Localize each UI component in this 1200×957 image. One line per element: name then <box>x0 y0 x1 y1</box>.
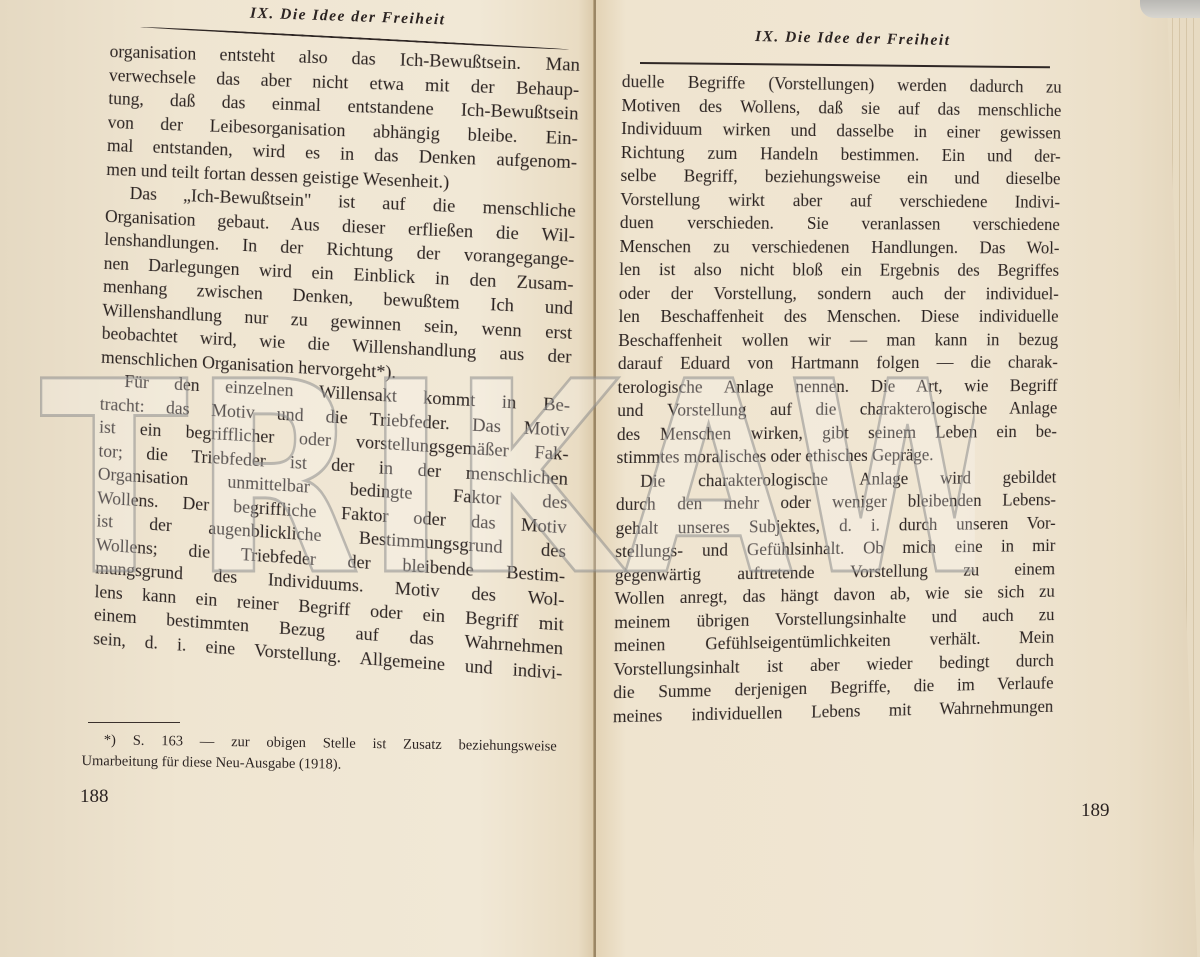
book-spread: IX. Die Idee der Freiheit organisation e… <box>0 0 1200 957</box>
text-line: len Beschaffenheit des Menschen. Diese i… <box>618 305 1058 329</box>
page-number-left: 188 <box>80 786 109 808</box>
page-number-right: 189 <box>1081 800 1110 822</box>
left-page-body: organisation entsteht also das Ich-Bewuß… <box>93 40 580 685</box>
text-line: des Menschen wirken, gibt seinem Leben e… <box>617 420 1057 446</box>
right-page-body: duelle Begriffe (Vorstellungen) werden d… <box>613 70 1062 728</box>
text-line: len ist also nicht bloß ein Ergebnis des… <box>619 258 1059 282</box>
footnote: *) S. 163 — zur obigen Stelle ist Zusatz… <box>81 730 557 779</box>
text-line: terologische Anlage nennen. Die Art, wie… <box>617 374 1057 399</box>
text-line: darauf Eduard von Hartmann folgen — die … <box>618 351 1058 376</box>
left-page: IX. Die Idee der Freiheit organisation e… <box>0 0 596 957</box>
text-line: Menschen zu verschiedenen Handlungen. Da… <box>619 235 1059 260</box>
footnote-rule <box>88 722 180 723</box>
text-line: Beschaffenheit wollen wir — man kann in … <box>618 328 1058 352</box>
text-line: Vorstellung wirkt aber auf verschiedene … <box>620 187 1060 213</box>
text-line: selbe Begriff, beziehungsweise ein und d… <box>620 164 1060 191</box>
text-line: oder der Vorstellung, sondern auch der i… <box>619 282 1059 306</box>
page-edges <box>1145 0 1200 957</box>
text-line: und Vorstellung auf die charakterologisc… <box>617 397 1057 423</box>
running-head-left: IX. Die Idee der Freiheit <box>250 5 446 30</box>
text-line: duen verschieden. Sie veranlassen versch… <box>620 211 1060 236</box>
background-object <box>1140 0 1200 18</box>
